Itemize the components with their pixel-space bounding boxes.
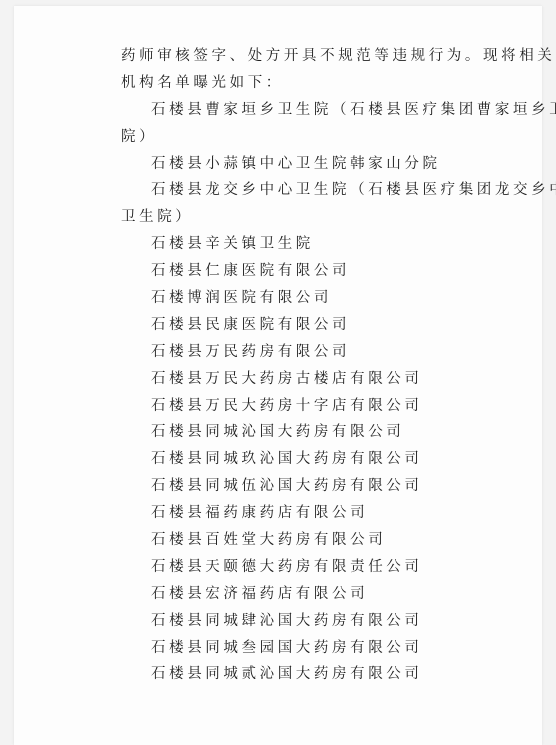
institution-item: 石楼县百姓堂大药房有限公司 <box>121 527 493 554</box>
institution-item-continuation: 院） <box>121 124 493 151</box>
institution-item: 石楼县同城沁国大药房有限公司 <box>121 419 493 446</box>
institution-item: 石楼县万民大药房十字店有限公司 <box>121 393 493 420</box>
intro-line: 药师审核签字、处方开具不规范等违规行为。现将相关医药 <box>121 43 493 70</box>
institution-item: 石楼博润医院有限公司 <box>121 285 493 312</box>
institution-item: 石楼县宏济福药店有限公司 <box>121 581 493 608</box>
institution-item: 石楼县天颐德大药房有限责任公司 <box>121 554 493 581</box>
institution-list: 石楼县曹家垣乡卫生院（石楼县医疗集团曹家垣乡卫生 院） 石楼县小蒜镇中心卫生院韩… <box>121 97 493 689</box>
institution-item: 石楼县万民药房有限公司 <box>121 339 493 366</box>
institution-item: 石楼县小蒜镇中心卫生院韩家山分院 <box>121 151 493 178</box>
document-page: 药师审核签字、处方开具不规范等违规行为。现将相关医药 机构名单曝光如下： 石楼县… <box>14 6 542 745</box>
institution-item: 石楼县民康医院有限公司 <box>121 312 493 339</box>
institution-item: 石楼县同城玖沁国大药房有限公司 <box>121 446 493 473</box>
institution-item: 石楼县仁康医院有限公司 <box>121 258 493 285</box>
institution-item-continuation: 卫生院） <box>121 204 493 231</box>
intro-line: 机构名单曝光如下： <box>121 70 493 97</box>
institution-item: 石楼县辛关镇卫生院 <box>121 231 493 258</box>
institution-item: 石楼县万民大药房古楼店有限公司 <box>121 366 493 393</box>
document-body: 药师审核签字、处方开具不规范等违规行为。现将相关医药 机构名单曝光如下： 石楼县… <box>121 43 493 688</box>
institution-item: 石楼县同城叁园国大药房有限公司 <box>121 635 493 662</box>
institution-item: 石楼县福药康药店有限公司 <box>121 500 493 527</box>
institution-item: 石楼县同城贰沁国大药房有限公司 <box>121 661 493 688</box>
institution-item: 石楼县龙交乡中心卫生院（石楼县医疗集团龙交乡中心 <box>121 177 493 204</box>
institution-item: 石楼县同城肆沁国大药房有限公司 <box>121 608 493 635</box>
institution-item: 石楼县曹家垣乡卫生院（石楼县医疗集团曹家垣乡卫生 <box>121 97 493 124</box>
institution-item: 石楼县同城伍沁国大药房有限公司 <box>121 473 493 500</box>
